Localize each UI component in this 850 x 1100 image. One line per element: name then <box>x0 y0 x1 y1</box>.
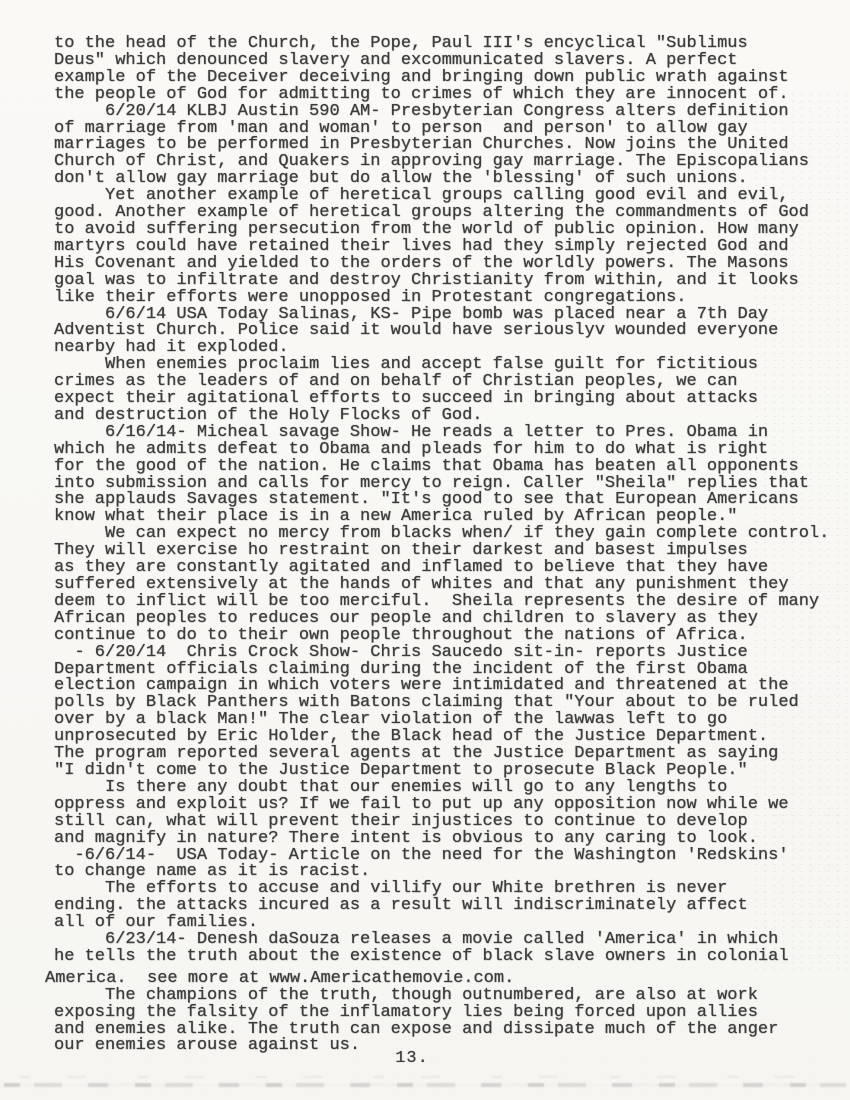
text-line: and magnify in nature? There intent is o… <box>54 831 829 848</box>
scanned-page: to the head of the Church, the Pope, Pau… <box>0 0 850 1100</box>
typewritten-text-block: to the head of the Church, the Pope, Pau… <box>54 36 829 1055</box>
page-number: 13. <box>0 1049 837 1068</box>
text-line: 6/20/14 KLBJ Austin 590 AM- Presbyterian… <box>54 104 829 121</box>
scan-artifact-bottom-streak-secondary <box>20 1076 810 1078</box>
scan-artifact-bottom-streak <box>4 1083 846 1087</box>
text-line: - 6/20/14 Chris Crock Show- Chris Sauced… <box>54 645 829 662</box>
text-line: he tells the truth about the existence o… <box>54 949 829 966</box>
text-line: like their efforts were unopposed in Pro… <box>54 290 829 307</box>
